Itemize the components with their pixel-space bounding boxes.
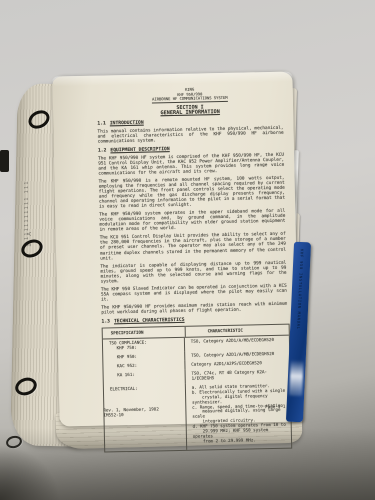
paragraph: The indicator is capable of displaying d… <box>100 260 286 284</box>
paragraph: The KHF 950/990 is a remote mounted HF s… <box>99 175 286 209</box>
paragraph: The KHF 950 Slaved Indicator can be oper… <box>101 283 287 302</box>
manual-page: KING KHF 950/990 AIRBORNE HF COMMUNICATI… <box>52 72 299 427</box>
table-cell-char: a. All solid state transmitter. b. Elect… <box>186 382 292 450</box>
page-header: KING KHF 950/990 AIRBORNE HF COMMUNICATI… <box>97 86 284 118</box>
table-cell-spec: ELECTRICAL: <box>104 384 187 452</box>
paragraph: The KHF 950/990 system operates in the u… <box>99 209 285 233</box>
footer-page-number: Page 1-1 <box>265 404 285 409</box>
header-subtitle: AIRBORNE HF COMMUNICATIONS SYSTEM <box>152 96 228 103</box>
corner-shadow <box>0 445 60 500</box>
section-label: INTRODUCTION <box>110 121 144 127</box>
blue-index-tab-label: KHF 950 INSTALLATION MANUAL <box>296 249 305 330</box>
section-label: EQUIPMENT DESCRIPTION <box>110 147 169 153</box>
section-number: 1.2 <box>98 148 107 153</box>
paragraph: The KHF 950/990 HF provides maximum radi… <box>101 301 287 315</box>
paragraph: This manual contains information relativ… <box>97 125 283 144</box>
photo-background: 1111111111 111 P 1 A SECTION IV SECTION … <box>0 0 375 500</box>
binder-spine-edge <box>0 150 9 172</box>
table-header-characteristic: CHARACTERISTIC <box>184 324 288 337</box>
page-content: KING KHF 950/990 AIRBORNE HF COMMUNICATI… <box>52 72 299 427</box>
section-label: TECHNICAL CHARACTERISTICS <box>114 318 185 324</box>
spec-table: SPECIFICATION CHARACTERISTIC TSO COMPLIA… <box>102 323 293 452</box>
section-number: 1.1 <box>97 122 106 127</box>
section-number: 1.3 <box>101 319 110 324</box>
footer-left: Rev. 1, November, 1982 IM552-10 <box>103 406 159 417</box>
paragraph: The KHF 950/990 HF system is comprised o… <box>98 152 284 176</box>
table-header-specification: SPECIFICATION <box>103 326 185 339</box>
paragraph: The KCU 951 Control Display Unit provide… <box>100 232 286 261</box>
